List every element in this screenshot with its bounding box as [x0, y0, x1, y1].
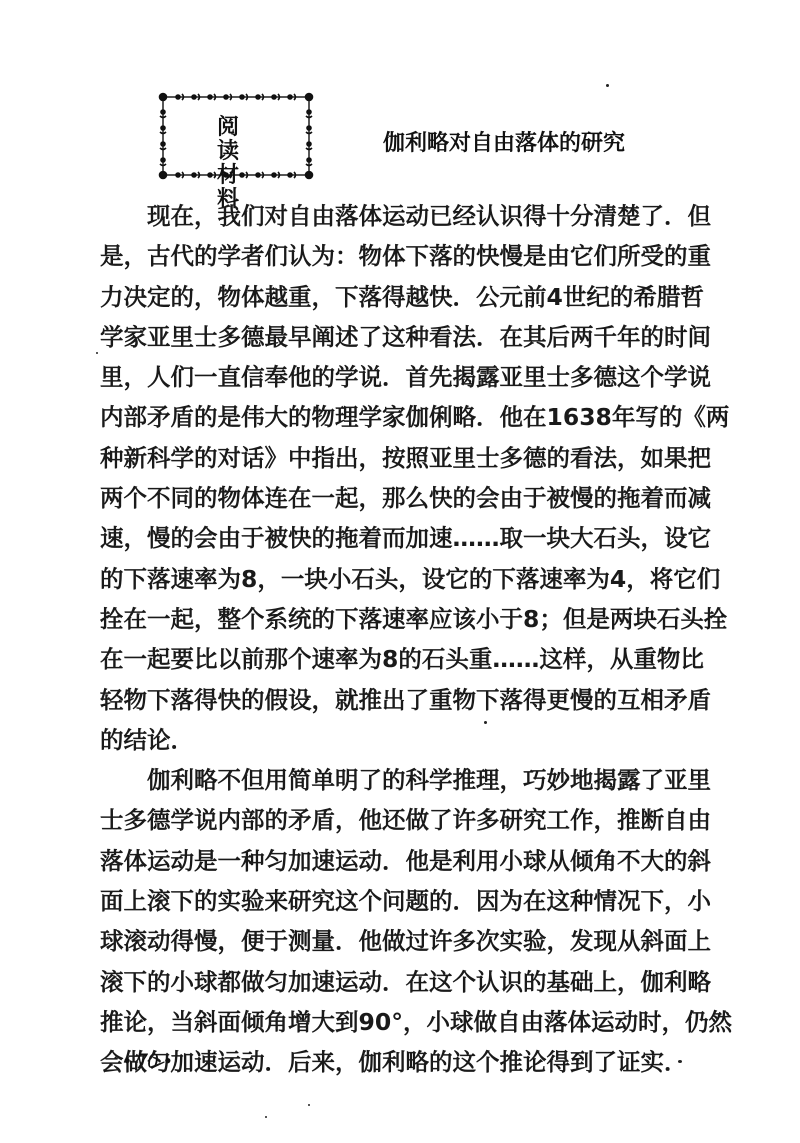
label-line-1: 阅 读 — [188, 116, 288, 164]
page-number: • 70 • — [123, 1048, 171, 1074]
scan-speck — [308, 1104, 310, 1106]
text-line: 球滚动得慢，便于测量．他做过许多次实验，发现从斜面上 — [100, 921, 702, 961]
text-line: 推论，当斜面倾角增大到90°，小球做自由落体运动时，仍然 — [100, 1002, 702, 1042]
text-line: 是，古代的学者们认为：物体下落的快慢是由它们所受的重 — [100, 236, 702, 276]
scan-speck — [484, 721, 487, 724]
article-body: 现在，我们对自由落体运动已经认识得十分清楚了．但 是，古代的学者们认为：物体下落… — [100, 196, 702, 1083]
text-line: 学家亚里士多德最早阐述了这种看法．在其后两千年的时间 — [100, 317, 702, 357]
text-line: 种新科学的对话》中指出，按照亚里士多德的看法，如果把 — [100, 438, 702, 478]
text-line: 士多德学说内部的矛盾，他还做了许多研究工作，推断自由 — [100, 800, 702, 840]
text-line: 的下落速率为8，一块小石头，设它的下落速率为4，将它们 — [100, 559, 702, 599]
paragraph-2: 伽利略不但用简单明了的科学推理，巧妙地揭露了亚里 士多德学说内部的矛盾，他还做了… — [100, 760, 702, 1082]
text-line: 轻物下落得快的假设，就推出了重物下落得更慢的互相矛盾 — [100, 680, 702, 720]
text-line: 拴在一起，整个系统的下落速率应该小于8；但是两块石头拴 — [100, 599, 702, 639]
text-line: 在一起要比以前那个速率为8的石头重……这样，从重物比 — [100, 639, 702, 679]
scan-speck — [265, 1116, 267, 1118]
text-line: 面上滚下的实验来研究这个问题的．因为在这种情况下，小 — [100, 881, 702, 921]
article-title: 伽利略对自由落体的研究 — [383, 126, 625, 157]
text-line: 会做匀加速运动．后来，伽利略的这个推论得到了证实． — [100, 1042, 702, 1082]
scan-speck — [606, 84, 609, 87]
text-line: 速，慢的会由于被快的拖着而加速……取一块大石头，设它 — [100, 518, 702, 558]
text-line: 两个不同的物体连在一起，那么快的会由于被慢的拖着而减 — [100, 478, 702, 518]
text-line: 现在，我们对自由落体运动已经认识得十分清楚了．但 — [100, 196, 702, 236]
text-line: 落体运动是一种匀加速运动．他是利用小球从倾角不大的斜 — [100, 841, 702, 881]
text-line: 内部矛盾的是伟大的物理学家伽俐略．他在1638年写的《两 — [100, 397, 702, 437]
paragraph-1: 现在，我们对自由落体运动已经认识得十分清楚了．但 是，古代的学者们认为：物体下落… — [100, 196, 702, 760]
reading-material-box: 阅 读 材 料 — [158, 92, 314, 180]
text-line: 的结论． — [100, 720, 702, 760]
text-line: 里，人们一直信奉他的学说．首先揭露亚里士多德这个学说 — [100, 357, 702, 397]
text-line: 力决定的，物体越重，下落得越快．公元前4世纪的希腊哲 — [100, 277, 702, 317]
scan-speck — [96, 352, 98, 354]
text-line: 伽利略不但用简单明了的科学推理，巧妙地揭露了亚里 — [100, 760, 702, 800]
scan-speck — [678, 1060, 682, 1063]
text-line: 滚下的小球都做匀加速运动．在这个认识的基础上，伽利略 — [100, 962, 702, 1002]
